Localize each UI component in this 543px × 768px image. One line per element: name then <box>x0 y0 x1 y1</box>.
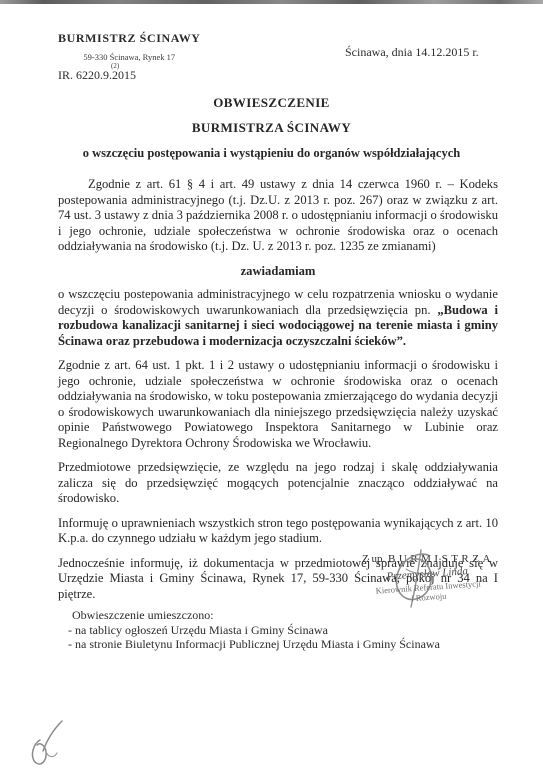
paragraph-classification: Przedmiotowe przedsięwzięcie, ze względu… <box>58 460 498 507</box>
signature-zup-word: BURMISTRZA <box>388 553 494 565</box>
signature-zup-prefix: Z up. <box>362 553 388 565</box>
document-body: Zgodnie z art. 61 § 4 i art. 49 ustawy z… <box>58 177 498 611</box>
reference-number: IR. 6220.9.(2)2015 <box>58 68 201 83</box>
letterhead: BURMISTRZ ŚCINAWY 59-330 Ścinawa, Rynek … <box>58 31 201 83</box>
reference-prefix: IR. 6220.9. <box>58 68 112 82</box>
paragraph-opinions: Zgodnie z art. 64 ust. 1 pkt. 1 i 2 usta… <box>58 358 498 451</box>
signature-block: Z up. BURMISTRZA Przemysław Linda Kierow… <box>338 553 518 602</box>
posting-location-item: - na tablicy ogłoszeń Urzędu Miasta i Gm… <box>68 623 440 638</box>
title-line-3: o wszczęciu postępowania i wystąpieniu d… <box>0 146 543 161</box>
title-line-2: BURMISTRZA ŚCINAWY <box>0 120 543 136</box>
reference-year: 2015 <box>112 68 136 82</box>
document-title: OBWIESZCZENIE BURMISTRZA ŚCINAWY o wszcz… <box>0 95 543 161</box>
document-page: BURMISTRZ ŚCINAWY 59-330 Ścinawa, Rynek … <box>0 0 543 768</box>
sender-name: BURMISTRZ ŚCINAWY <box>58 31 201 46</box>
signer-stamp: Przemysław Linda Kierownik Referatu Inwe… <box>337 562 519 608</box>
paraph-mark-icon <box>26 718 70 768</box>
posting-locations-heading: Obwieszczenie umieszczono: <box>72 608 440 623</box>
posting-location-item: - na stronie Biuletynu Informacji Public… <box>68 637 440 652</box>
paragraph-project: o wszczęciu postepowania administracyjne… <box>58 287 498 349</box>
posting-locations: Obwieszczenie umieszczono: - na tablicy … <box>68 608 440 652</box>
scan-edge-artifact-icon <box>0 0 543 4</box>
paragraph-legal-basis: Zgodnie z art. 61 § 4 i art. 49 ustawy z… <box>58 177 498 255</box>
paragraph-zawiadamiam: zawiadamiam <box>58 264 498 280</box>
sender-address: 59-330 Ścinawa, Rynek 17 <box>58 52 201 62</box>
title-line-1: OBWIESZCZENIE <box>0 95 543 111</box>
reference-superscript: (2) <box>111 62 119 70</box>
place-and-date: Ścinawa, dnia 14.12.2015 r. <box>345 45 479 60</box>
paragraph-project-intro: o wszczęciu postepowania administracyjne… <box>58 287 498 317</box>
paragraph-rights: Informuję o uprawnieniach wszystkich str… <box>58 516 498 547</box>
